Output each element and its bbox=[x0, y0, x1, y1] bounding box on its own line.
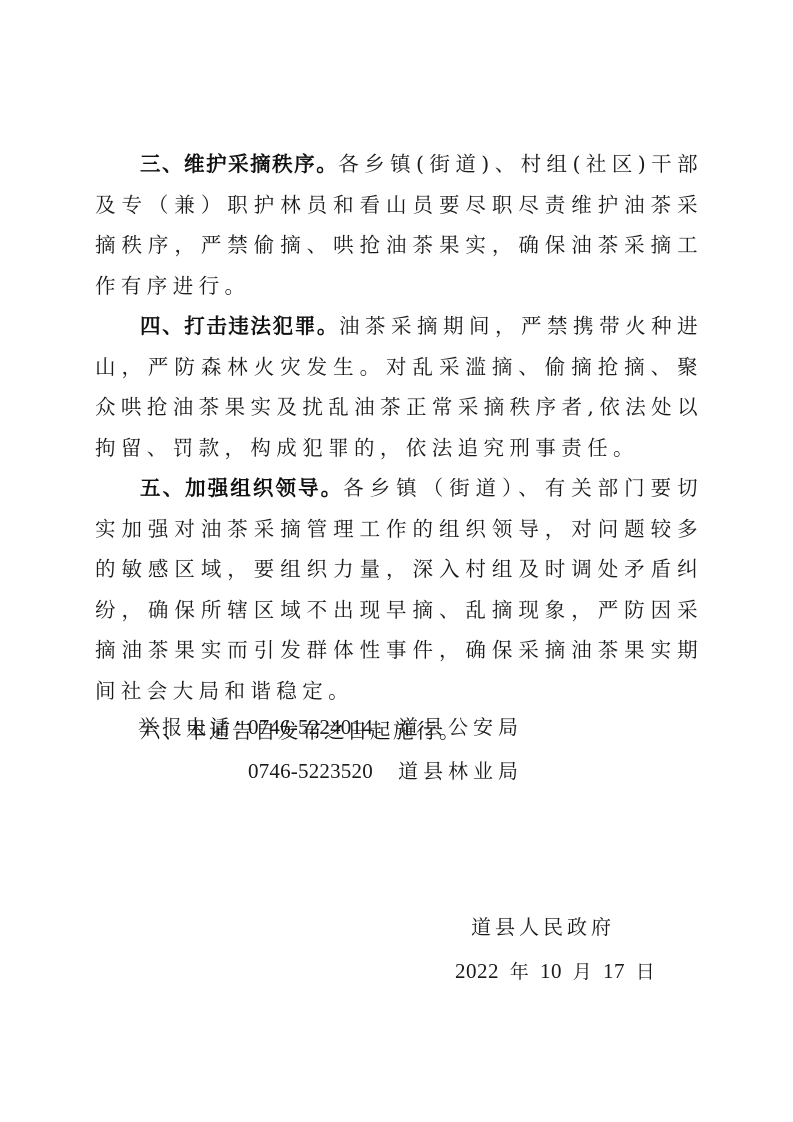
date-month: 10 bbox=[540, 959, 562, 983]
date-day: 17 bbox=[603, 959, 625, 983]
date-day-unit: 日 bbox=[636, 961, 656, 983]
date-month-unit: 月 bbox=[573, 961, 593, 983]
contact-org: 道县公安局 bbox=[398, 705, 523, 749]
section-combat-crime: 四、打击违法犯罪。油茶采摘期间，严禁携带火种进山，严防森林火灾发生。对乱采滥摘、… bbox=[95, 306, 703, 468]
contact-phone: 0746-5223520 bbox=[248, 749, 398, 793]
document-body: 三、维护采摘秩序。各乡镇(街道)、村组(社区)干部及专（兼）职护林员和看山员要尽… bbox=[95, 144, 703, 752]
contact-label: 举报电话： bbox=[138, 705, 248, 749]
contact-phone: 0746-5224014 bbox=[248, 705, 398, 749]
date-year-unit: 年 bbox=[510, 961, 530, 983]
section-maintain-order: 三、维护采摘秩序。各乡镇(街道)、村组(社区)干部及专（兼）职护林员和看山员要尽… bbox=[95, 144, 703, 306]
section-heading: 四、打击违法犯罪。 bbox=[140, 314, 339, 338]
issuer-name: 道县人民政府 bbox=[455, 905, 655, 949]
contact-org: 道县林业局 bbox=[398, 749, 523, 793]
signature-block: 道县人民政府 2022 年 10 月 17 日 bbox=[455, 905, 655, 994]
section-heading: 五、加强组织领导。 bbox=[140, 476, 343, 500]
report-contacts: 举报电话： 0746-5224014 道县公安局 举报电话： 0746-5223… bbox=[138, 705, 523, 793]
contact-row-forestry: 举报电话： 0746-5223520 道县林业局 bbox=[138, 749, 523, 793]
section-heading: 三、维护采摘秩序。 bbox=[140, 152, 338, 176]
issue-date: 2022 年 10 月 17 日 bbox=[455, 949, 655, 994]
section-strengthen-leadership: 五、加强组织领导。各乡镇（街道）、有关部门要切实加强对油茶采摘管理工作的组织领导… bbox=[95, 468, 703, 711]
date-year: 2022 bbox=[455, 959, 499, 983]
section-text: 各乡镇（街道）、有关部门要切实加强对油茶采摘管理工作的组织领导，对问题较多的敏感… bbox=[95, 476, 703, 703]
contact-row-police: 举报电话： 0746-5224014 道县公安局 bbox=[138, 705, 523, 749]
